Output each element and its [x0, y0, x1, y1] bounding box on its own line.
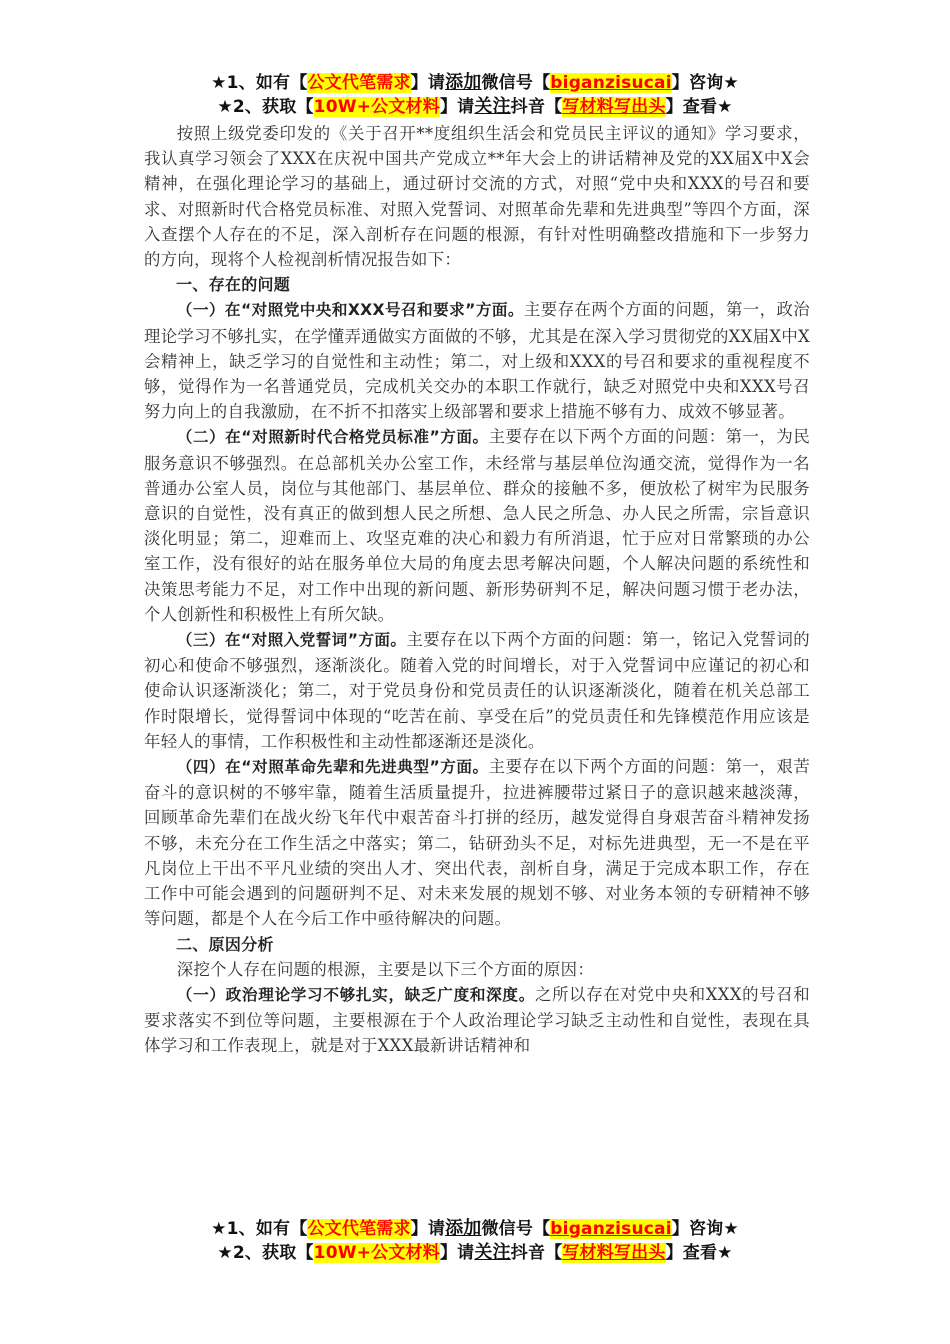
follow-underline: 关注: [474, 96, 510, 117]
banner-line-2: ★2、获取【10W+公文材料】请关注抖音【写材料写出头】查看★: [0, 1241, 950, 1265]
header-banner: ★1、如有【公文代笔需求】请添加微信号【biganzisucai】咨询★ ★2、…: [0, 71, 950, 119]
star-icon: ★: [717, 97, 732, 117]
materials-highlight: 10W+公文材料: [314, 97, 440, 117]
star-icon: ★: [723, 73, 738, 93]
causes-intro: 深挖个人存在问题的根源，主要是以下三个方面的原因：: [144, 957, 810, 982]
wechat-id: biganzisucai: [550, 73, 671, 93]
star-icon: ★: [717, 1243, 732, 1263]
banner-line-1: ★1、如有【公文代笔需求】请添加微信号【biganzisucai】咨询★: [0, 71, 950, 95]
footer-banner: ★1、如有【公文代笔需求】请添加微信号【biganzisucai】咨询★ ★2、…: [0, 1217, 950, 1265]
service-highlight: 公文代笔需求: [307, 73, 410, 93]
materials-highlight: 10W+公文材料: [314, 1243, 440, 1263]
star-icon: ★: [217, 97, 232, 117]
add-underline: 添加: [445, 1218, 481, 1239]
service-highlight: 公文代笔需求: [307, 1219, 410, 1239]
subheading: （一）在“对照党中央和XXX号召和要求”方面。: [177, 301, 524, 319]
star-icon: ★: [217, 1243, 232, 1263]
cause-paragraph-1: （一）政治理论学习不够扎实，缺乏广度和深度。之所以存在对党中央和XXX的号召和要…: [144, 982, 810, 1059]
section-heading-causes: 二、原因分析: [144, 932, 810, 957]
subheading: （三）在“对照入党誓词”方面。: [177, 631, 407, 649]
star-icon: ★: [723, 1219, 738, 1239]
problem-paragraph-4: （四）在“对照革命先辈和先进典型”方面。主要存在以下两个方面的问题：第一，艰苦奋…: [144, 754, 810, 931]
subheading: （二）在“对照新时代合格党员标准”方面。: [177, 428, 489, 446]
douyin-account: 写材料写出头: [562, 1243, 665, 1263]
subheading: （一）政治理论学习不够扎实，缺乏广度和深度。: [177, 986, 535, 1004]
problem-paragraph-1: （一）在“对照党中央和XXX号召和要求”方面。主要存在两个方面的问题，第一，政治…: [144, 297, 810, 424]
document-body: 按照上级党委印发的《关于召开**度组织生活会和党员民主评议的通知》学习要求，我认…: [144, 121, 810, 1059]
star-icon: ★: [211, 1219, 226, 1239]
add-underline: 添加: [445, 72, 481, 93]
wechat-id: biganzisucai: [550, 1219, 671, 1239]
intro-paragraph: 按照上级党委印发的《关于召开**度组织生活会和党员民主评议的通知》学习要求，我认…: [144, 121, 810, 272]
document-page: ★1、如有【公文代笔需求】请添加微信号【biganzisucai】咨询★ ★2、…: [0, 0, 950, 1344]
banner-line-1: ★1、如有【公文代笔需求】请添加微信号【biganzisucai】咨询★: [0, 1217, 950, 1241]
star-icon: ★: [211, 73, 226, 93]
follow-underline: 关注: [474, 1242, 510, 1263]
douyin-account: 写材料写出头: [562, 97, 665, 117]
subheading: （四）在“对照革命先辈和先进典型”方面。: [177, 758, 489, 776]
problem-paragraph-2: （二）在“对照新时代合格党员标准”方面。主要存在以下两个方面的问题：第一，为民服…: [144, 424, 810, 627]
section-heading-problems: 一、存在的问题: [144, 272, 810, 297]
problem-paragraph-3: （三）在“对照入党誓词”方面。主要存在以下两个方面的问题：第一，铭记入党誓词的初…: [144, 627, 810, 754]
banner-line-2: ★2、获取【10W+公文材料】请关注抖音【写材料写出头】查看★: [0, 95, 950, 119]
